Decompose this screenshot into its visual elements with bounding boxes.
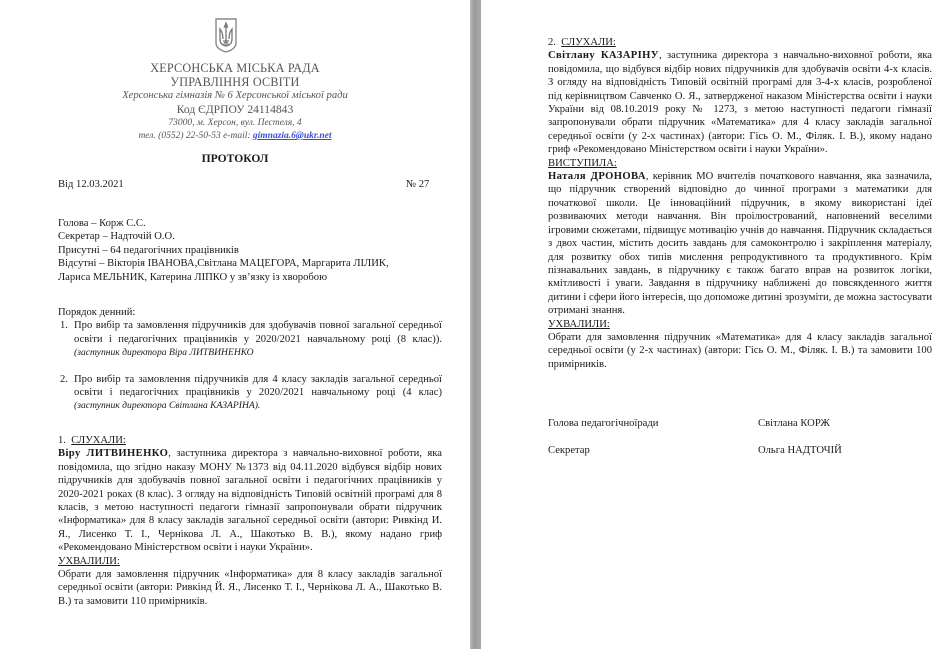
agenda-item: 1. Про вибір та замовлення підручників д… [58, 319, 442, 359]
section-number: 1. [58, 435, 66, 446]
section-1: 1. СЛУХАЛИ: Віру ЛИТВИНЕНКО, заступника … [58, 434, 442, 608]
absent-line-1: Відсутні – Вікторія ІВАНОВА,Світлана МАЦ… [58, 257, 458, 270]
agenda-heading: Порядок денний: [58, 306, 442, 319]
contacts: тел. (0552) 22-50-53 e-mail: gimnazia.6@… [80, 130, 390, 143]
address: 73000, м. Херсон, вул. Пестеля, 4 [80, 117, 390, 130]
section-1-heard-text: Віру ЛИТВИНЕНКО, заступника директора з … [58, 447, 442, 554]
section-2-resolved-text: Обрати для замовлення підручник «Математ… [548, 331, 932, 371]
page-gutter [470, 0, 481, 649]
section-2-heard-text: Світлану КАЗАРІНУ, заступника директора … [548, 49, 932, 156]
signature-row: Секретар Ольга НАДТОЧІЙ [548, 444, 932, 458]
section-2-heard-heading: 2. СЛУХАЛИ: [548, 36, 932, 49]
agenda-item-number: 2. [60, 373, 68, 386]
section-1-resolved-text: Обрати для замовлення підручник «Інформа… [58, 568, 442, 608]
resolved-label: УХВАЛИЛИ: [548, 318, 932, 331]
section-number: 2. [548, 37, 556, 48]
phone-label: тел. (0552) 22-50-53 e-mail: [138, 131, 252, 141]
heard-body: , заступника директора з навчально-вихов… [58, 448, 442, 553]
heard-label: СЛУХАЛИ: [561, 37, 616, 48]
department-name: УПРАВЛІННЯ ОСВІТИ [80, 75, 390, 89]
agenda-item-text: Про вибір та замовлення підручників для … [74, 320, 442, 344]
speaker-name: Світлану КАЗАРІНУ [548, 50, 659, 61]
section-2: 2. СЛУХАЛИ: Світлану КАЗАРІНУ, заступник… [548, 36, 932, 371]
council-name: ХЕРСОНСЬКА МІСЬКА РАДА [80, 61, 390, 75]
signatures: Голова педагогічноїради Світлана КОРЖ Се… [548, 417, 932, 458]
agenda: Порядок денний: 1. Про вибір та замовлен… [58, 306, 442, 413]
heard-label: СЛУХАЛИ: [71, 435, 126, 446]
absent-line-2: Лариса МЕЛЬНИК, Катерина ЛІПКО у зв’язку… [58, 271, 458, 284]
protocol-title: ПРОТОКОЛ [0, 152, 470, 165]
email-link[interactable]: gimnazia.6@ukr.net [253, 131, 332, 141]
edrpou-code: Код ЄДРПОУ 24114843 [80, 103, 390, 117]
agenda-item-text: Про вибір та замовлення підручників для … [74, 374, 442, 398]
attendance-block: Голова – Корж С.С. Секретар – Надточій О… [58, 217, 458, 284]
document-page-1: ХЕРСОНСЬКА МІСЬКА РАДА УПРАВЛІННЯ ОСВІТИ… [0, 0, 470, 649]
signature-name: Світлана КОРЖ [758, 417, 830, 430]
protocol-date: Від 12.03.2021 [58, 178, 124, 191]
present-line: Присутні – 64 педагогічних працівників [58, 244, 458, 257]
signature-role: Голова педагогічноїради [548, 418, 658, 429]
signature-name: Ольга НАДТОЧІЙ [758, 444, 842, 457]
agenda-item-speaker: (заступник директора Світлана КАЗАРІНА). [74, 400, 260, 411]
ukraine-trident-icon [214, 17, 238, 53]
heard-body: , заступника директора з навчально-вихов… [548, 50, 932, 155]
agenda-item-number: 1. [60, 319, 68, 332]
document-page-2: 2. СЛУХАЛИ: Світлану КАЗАРІНУ, заступник… [481, 0, 951, 649]
agenda-item-speaker: (заступник директора Віра ЛИТВИНЕНКО [74, 347, 254, 358]
signature-role: Секретар [548, 445, 590, 456]
signature-row: Голова педагогічноїради Світлана КОРЖ [548, 417, 932, 444]
spoke-body: , керівник МО вчителів початкового навча… [548, 171, 932, 316]
spoke-name: Наталя ДРОНОВА [548, 171, 646, 182]
school-name: Херсонська гімназія № 6 Херсонської місь… [80, 89, 390, 103]
letterhead: ХЕРСОНСЬКА МІСЬКА РАДА УПРАВЛІННЯ ОСВІТИ… [80, 61, 390, 143]
agenda-item: 2. Про вибір та замовлення підручників д… [58, 373, 442, 413]
speaker-name: Віру ЛИТВИНЕНКО [58, 448, 168, 459]
protocol-number: № 27 [406, 178, 429, 191]
section-1-heard-heading: 1. СЛУХАЛИ: [58, 434, 442, 447]
resolved-label: УХВАЛИЛИ: [58, 555, 442, 568]
spoke-label: ВИСТУПИЛА: [548, 157, 932, 170]
secretary-line: Секретар – Надточій О.О. [58, 230, 458, 243]
chair-line: Голова – Корж С.С. [58, 217, 458, 230]
section-2-spoke-text: Наталя ДРОНОВА, керівник МО вчителів поч… [548, 170, 932, 317]
